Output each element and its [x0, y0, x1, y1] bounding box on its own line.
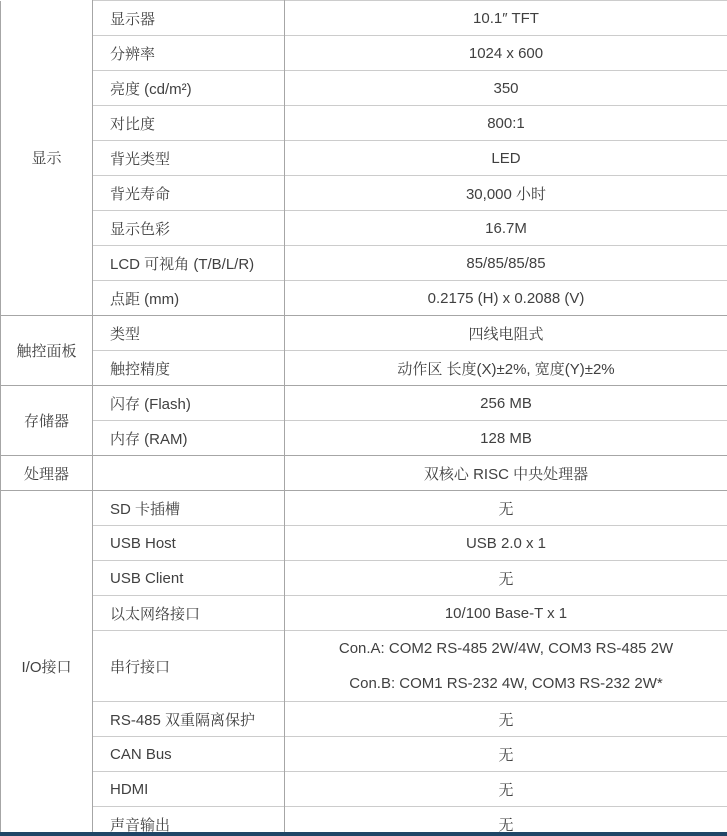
spec-row: 触控精度动作区 长度(X)±2%, 宽度(Y)±2%: [1, 351, 727, 386]
spec-value-cell: 双核心 RISC 中央处理器: [285, 456, 727, 491]
spec-value-cell: 800:1: [285, 106, 727, 141]
spec-row: 点距 (mm)0.2175 (H) x 0.2088 (V): [1, 281, 727, 316]
spec-label-cell: RS-485 双重隔离保护: [93, 702, 285, 737]
spec-sheet-page: 显示显示器10.1″ TFT分辨率1024 x 600亮度 (cd/m²)350…: [0, 0, 727, 836]
spec-label-cell: LCD 可视角 (T/B/L/R): [93, 246, 285, 281]
spec-value-cell: 无: [285, 737, 727, 772]
spec-value-line: Con.B: COM1 RS-232 4W, COM3 RS-232 2W*: [285, 666, 727, 701]
spec-label-cell: SD 卡插槽: [93, 491, 285, 526]
spec-row: 串行接口Con.A: COM2 RS-485 2W/4W, COM3 RS-48…: [1, 631, 727, 702]
spec-row: 亮度 (cd/m²)350: [1, 71, 727, 106]
spec-value-cell: 256 MB: [285, 386, 727, 421]
spec-value-cell: 10.1″ TFT: [285, 1, 727, 36]
spec-value-cell: 无: [285, 772, 727, 807]
spec-value-cell: 四线电阻式: [285, 316, 727, 351]
spec-row: 显示显示器10.1″ TFT: [1, 1, 727, 36]
spec-value-cell: 1024 x 600: [285, 36, 727, 71]
category-cell: 存储器: [1, 386, 93, 456]
spec-value-cell: 128 MB: [285, 421, 727, 456]
category-cell: 触控面板: [1, 316, 93, 386]
spec-row: 存储器闪存 (Flash)256 MB: [1, 386, 727, 421]
category-cell: 显示: [1, 1, 93, 316]
spec-row: RS-485 双重隔离保护无: [1, 702, 727, 737]
spec-row: LCD 可视角 (T/B/L/R)85/85/85/85: [1, 246, 727, 281]
spec-label-cell: 背光类型: [93, 141, 285, 176]
spec-value-cell: 0.2175 (H) x 0.2088 (V): [285, 281, 727, 316]
spec-row: USB Client无: [1, 561, 727, 596]
spec-value-cell: 无: [285, 561, 727, 596]
spec-value-cell: 16.7M: [285, 211, 727, 246]
spec-label-cell: 闪存 (Flash): [93, 386, 285, 421]
spec-value-cell: 85/85/85/85: [285, 246, 727, 281]
spec-value-cell: LED: [285, 141, 727, 176]
spec-value-cell: 30,000 小时: [285, 176, 727, 211]
spec-label-cell: 以太网络接口: [93, 596, 285, 631]
spec-row: 显示色彩16.7M: [1, 211, 727, 246]
spec-value-cell: 350: [285, 71, 727, 106]
spec-value-cell: 动作区 长度(X)±2%, 宽度(Y)±2%: [285, 351, 727, 386]
category-cell: 处理器: [1, 456, 93, 491]
spec-row: 对比度800:1: [1, 106, 727, 141]
spec-value-cell: Con.A: COM2 RS-485 2W/4W, COM3 RS-485 2W…: [285, 631, 727, 702]
spec-row: 以太网络接口10/100 Base-T x 1: [1, 596, 727, 631]
spec-row: CAN Bus无: [1, 737, 727, 772]
spec-table-body: 显示显示器10.1″ TFT分辨率1024 x 600亮度 (cd/m²)350…: [1, 1, 727, 836]
spec-row: 内存 (RAM)128 MB: [1, 421, 727, 456]
spec-label-cell: 触控精度: [93, 351, 285, 386]
spec-label-cell: USB Client: [93, 561, 285, 596]
spec-label-cell: 背光寿命: [93, 176, 285, 211]
spec-row: 背光类型LED: [1, 141, 727, 176]
spec-label-cell: 点距 (mm): [93, 281, 285, 316]
spec-label-cell: USB Host: [93, 526, 285, 561]
spec-label-cell: [93, 456, 285, 491]
spec-value-cell: 无: [285, 491, 727, 526]
spec-label-cell: HDMI: [93, 772, 285, 807]
spec-row: HDMI无: [1, 772, 727, 807]
spec-value-cell: 无: [285, 702, 727, 737]
spec-row: I/O接口SD 卡插槽无: [1, 491, 727, 526]
spec-label-cell: 类型: [93, 316, 285, 351]
spec-label-cell: 对比度: [93, 106, 285, 141]
spec-label-cell: CAN Bus: [93, 737, 285, 772]
spec-row: USB HostUSB 2.0 x 1: [1, 526, 727, 561]
spec-label-cell: 分辨率: [93, 36, 285, 71]
spec-label-cell: 显示器: [93, 1, 285, 36]
spec-row: 处理器双核心 RISC 中央处理器: [1, 456, 727, 491]
spec-row: 触控面板类型四线电阻式: [1, 316, 727, 351]
spec-value-line: Con.A: COM2 RS-485 2W/4W, COM3 RS-485 2W: [285, 631, 727, 666]
spec-label-cell: 亮度 (cd/m²): [93, 71, 285, 106]
category-cell: I/O接口: [1, 491, 93, 836]
spec-row: 分辨率1024 x 600: [1, 36, 727, 71]
spec-label-cell: 串行接口: [93, 631, 285, 702]
footer-accent-bar: [0, 832, 727, 836]
spec-row: 背光寿命30,000 小时: [1, 176, 727, 211]
spec-value-cell: USB 2.0 x 1: [285, 526, 727, 561]
spec-table: 显示显示器10.1″ TFT分辨率1024 x 600亮度 (cd/m²)350…: [0, 0, 727, 836]
spec-label-cell: 显示色彩: [93, 211, 285, 246]
spec-label-cell: 内存 (RAM): [93, 421, 285, 456]
spec-value-cell: 10/100 Base-T x 1: [285, 596, 727, 631]
